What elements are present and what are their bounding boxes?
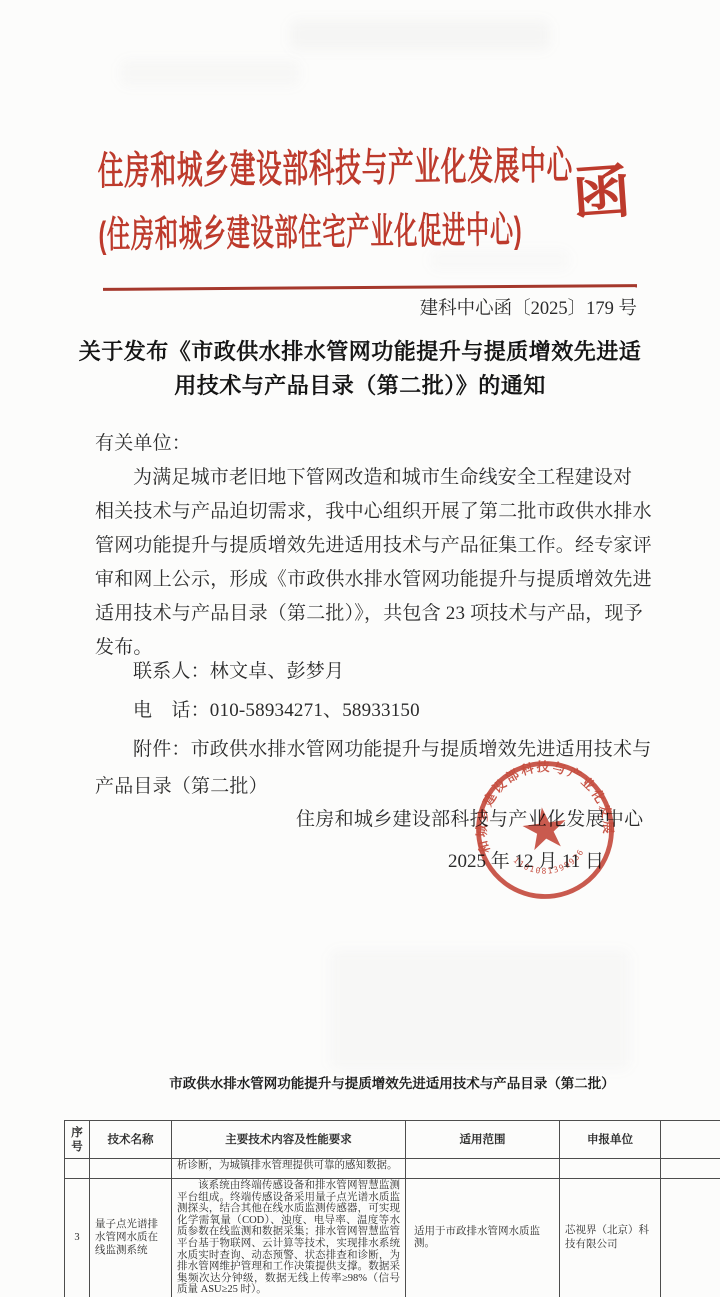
document-title: 关于发布《市政供水排水管网功能提升与提质增效先进适 用技术与产品目录（第二批）》… <box>60 335 660 403</box>
cell-tech-name: 量子点光谱排水管网水质在线监测系统 <box>90 1179 172 1297</box>
paragraph-line: 管网功能提升与提质增效先进适用技术与产品征集工作。经专家评 <box>95 530 652 557</box>
salutation: 有关单位： <box>95 428 191 455</box>
document-title-line2: 用技术与产品目录（第二批）》的通知 <box>60 369 660 403</box>
seal-serial-number: 1101081399936 <box>511 846 589 881</box>
svg-text:1101081399936: 1101081399936 <box>511 846 589 881</box>
letterhead-org-name: 住房和城乡建设部科技与产业化发展中心 <box>97 135 573 197</box>
scan-artifact <box>120 60 300 86</box>
paragraph-line: 审和网上公示，形成《市政供水排水管网功能提升与提质增效先进 <box>95 564 652 591</box>
header-applicant: 申报单位 <box>560 1121 661 1159</box>
document-number: 建科中心函〔2025〕179 号 <box>95 294 637 320</box>
paragraph-line: 适用技术与产品目录（第二批）》，共包含 23 项技术与产品，现予 <box>95 598 643 625</box>
cell-applicant: 芯视界（北京）科技有限公司 <box>560 1179 661 1297</box>
paragraph-line: 为满足城市老旧地下管网改造和城市生命线安全工程建设对 <box>95 462 632 489</box>
catalog-table: 序号 技术名称 主要技术内容及性能要求 适用范围 申报单位 析诊断，为城镇排水管… <box>64 1120 720 1297</box>
header-seq: 序号 <box>65 1121 90 1159</box>
header-extra <box>661 1121 720 1159</box>
phone-line: 电 话：010-58934271、58933150 <box>95 695 420 722</box>
cell-scope: 适用于市政排水管网水质监测。 <box>406 1179 560 1297</box>
cell-extra <box>661 1159 720 1179</box>
document-page: 住房和城乡建设部科技与产业化发展中心 (住房和城乡建设部住宅产业化促进中心) 函… <box>0 0 720 1297</box>
cell-seq: 3 <box>65 1179 90 1297</box>
cell-content-text: 该系统由终端传感设备和排水管网智慧监测平台组成。终端传感设备采用量子点光谱水质监… <box>177 1180 400 1296</box>
cell-extra <box>661 1179 720 1297</box>
scan-artifact <box>330 950 630 1070</box>
scan-artifact <box>290 20 550 50</box>
letterhead-org-alias: (住房和城乡建设部住宅产业化促进中心) <box>98 199 552 259</box>
official-seal: 住房和城乡建设部科技与产业化发展中心 1101081399936 <box>456 744 634 917</box>
letterhead-divider <box>103 284 637 291</box>
contact-line: 联系人：林文卓、彭梦月 <box>95 656 344 683</box>
paragraph-line: 发布。 <box>95 632 153 659</box>
cell-content: 析诊断，为城镇排水管理提供可靠的感知数据。 <box>172 1159 406 1179</box>
catalog-table-title: 市政供水排水管网功能提升与提质增效先进适用技术与产品目录（第二批） <box>64 1072 720 1092</box>
cell-scope <box>406 1159 560 1179</box>
seal-star-icon <box>520 804 569 851</box>
cell-content: 该系统由终端传感设备和排水管网智慧监测平台组成。终端传感设备采用量子点光谱水质监… <box>172 1179 406 1297</box>
letterhead-doc-type: 函 <box>569 144 633 232</box>
table-row: 3 量子点光谱排水管网水质在线监测系统 该系统由终端传感设备和排水管网智慧监测平… <box>65 1179 720 1297</box>
table-header-row: 序号 技术名称 主要技术内容及性能要求 适用范围 申报单位 <box>65 1121 720 1159</box>
header-content: 主要技术内容及性能要求 <box>172 1121 406 1159</box>
cell-tech-name <box>90 1159 172 1179</box>
paragraph-line: 相关技术与产品迫切需求，我中心组织开展了第二批市政供水排水 <box>95 496 652 523</box>
cell-seq <box>65 1159 90 1179</box>
header-scope: 适用范围 <box>406 1121 560 1159</box>
attachment-line2: 产品目录（第二批） <box>95 771 268 798</box>
document-title-line1: 关于发布《市政供水排水管网功能提升与提质增效先进适 <box>60 335 660 369</box>
header-tech-name: 技术名称 <box>90 1121 172 1159</box>
cell-applicant <box>560 1159 661 1179</box>
table-row: 析诊断，为城镇排水管理提供可靠的感知数据。 <box>65 1159 720 1179</box>
